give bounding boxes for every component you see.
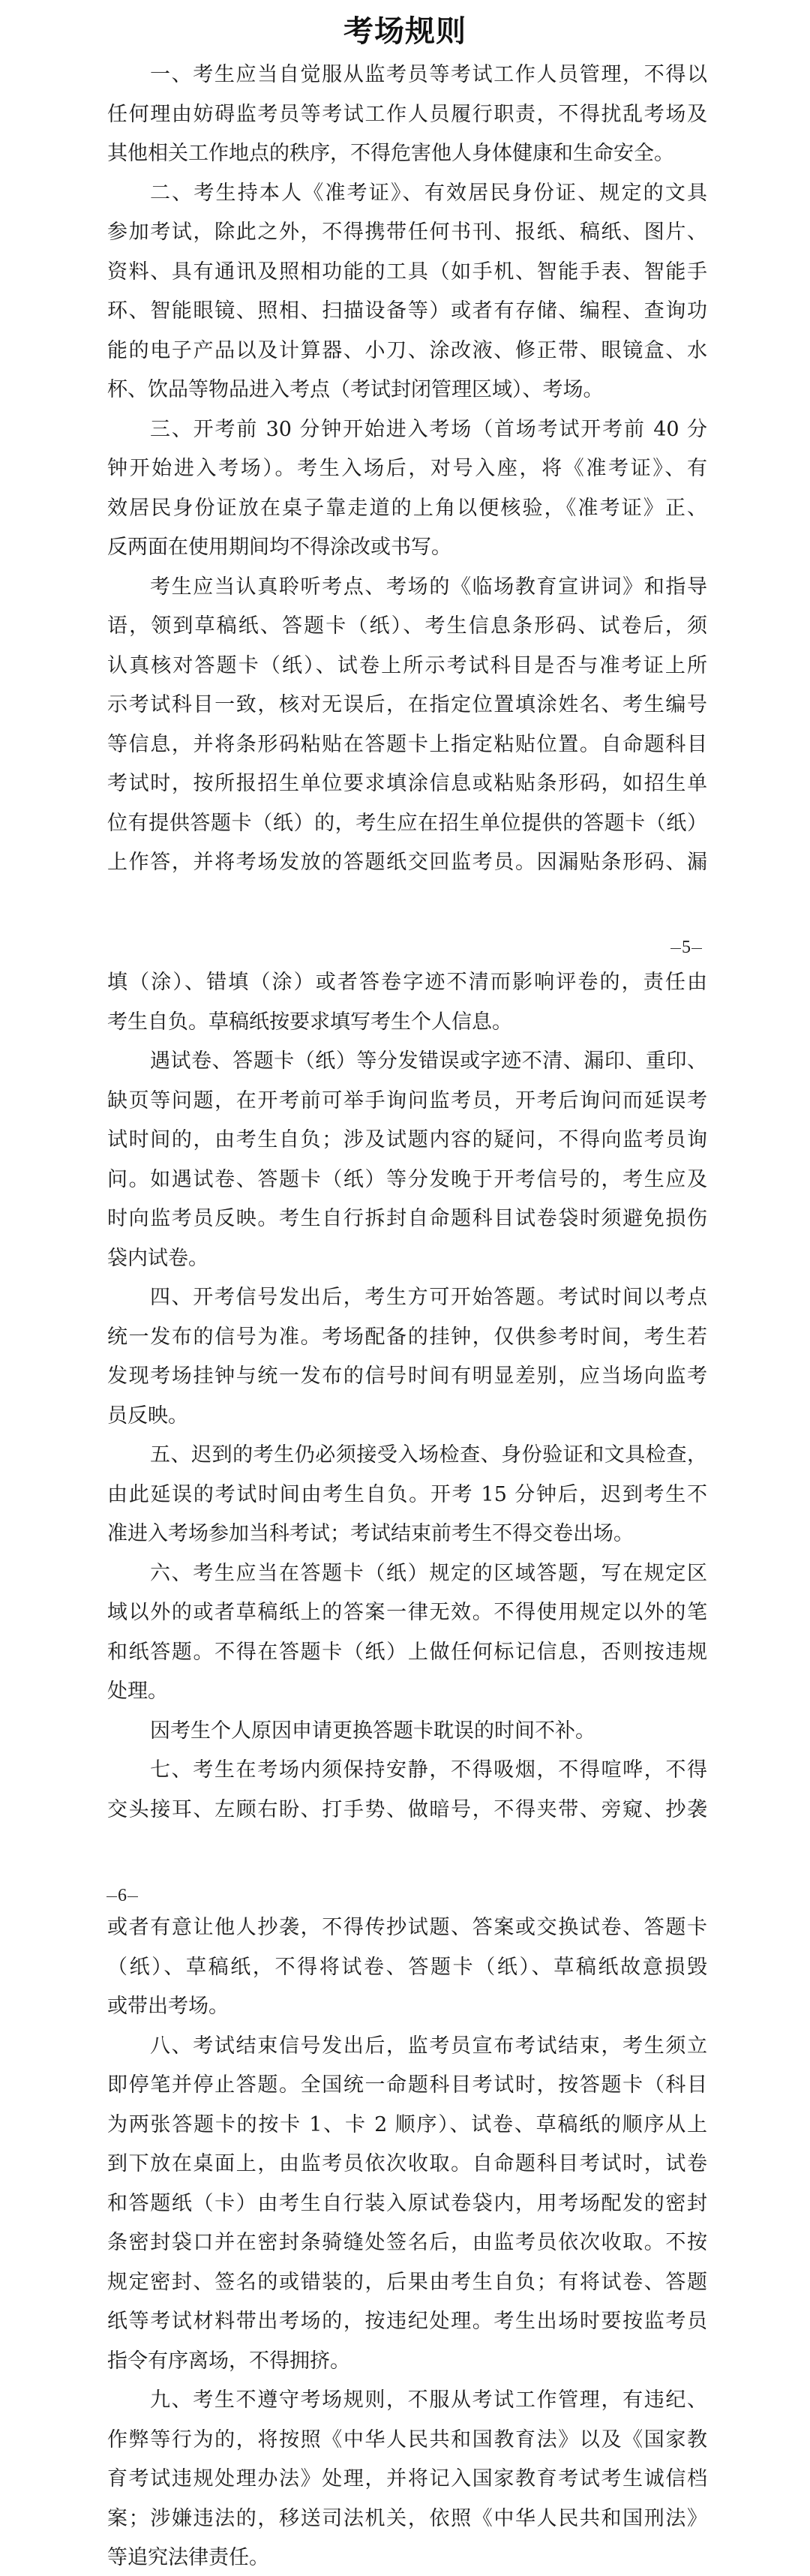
text-line: 资料、具有通讯及照相功能的工具（如手机、智能手表、智能手 (107, 253, 707, 293)
text-line: （纸）、草稿纸，不得将试卷、答题卡（纸）、草稿纸故意损毁 (107, 1948, 707, 1988)
text-line: 发现考场挂钟与统一发布的信号时间有明显差别，应当场向监考 (107, 1357, 707, 1397)
text-line: 六、考生应当在答题卡（纸）规定的区域答题，写在规定区 (107, 1554, 707, 1594)
text-line: 杯、饮品等物品进入考点（考试封闭管理区域）、考场。 (107, 371, 707, 410)
text-line: 时向监考员反映。考生自行拆封自命题科目试卷袋时须避免损伤 (107, 1199, 707, 1239)
text-line: 考试时，按所报招生单位要求填涂信息或粘贴条形码，如招生单 (107, 764, 707, 804)
page-7-body: 或者有意让他人抄袭，不得传抄试题、答案或交换试卷、答题卡（纸）、草稿纸，不得将试… (107, 1908, 707, 2576)
page-number-5: 5 (670, 936, 703, 959)
text-line: 五、迟到的考生仍必须接受入场检查、身份验证和文具检查， (107, 1436, 707, 1476)
text-line: 任何理由妨碍监考员等考试工作人员履行职责，不得扰乱考场及 (107, 95, 707, 135)
page-number-6: 6 (106, 1884, 139, 1907)
text-line: 准进入考场参加当科考试；考试结束前考生不得交卷出场。 (107, 1515, 707, 1554)
text-line: 上作答，并将考场发放的答题纸交回监考员。因漏贴条形码、漏 (107, 843, 707, 883)
text-line: 参加考试，除此之外，不得携带任何书刊、报纸、稿纸、图片、 (107, 213, 707, 253)
text-line: 即停笔并停止答题。全国统一命题科目考试时，按答题卡（科目 (107, 2066, 707, 2106)
text-line: 四、开考信号发出后，考生方可开始答题。考试时间以考点 (107, 1278, 707, 1318)
dash-right (127, 1896, 138, 1897)
text-line: 三、开考前 30 分钟开始进入考场（首场考试开考前 40 分 (107, 410, 707, 450)
page-5-body: 一、考生应当自觉服从监考员等考试工作人员管理，不得以任何理由妨碍监考员等考试工作… (107, 56, 707, 883)
text-line: 袋内试卷。 (107, 1239, 707, 1279)
text-line: 考生自负。草稿纸按要求填写考生个人信息。 (107, 1003, 707, 1043)
text-line: 处理。 (107, 1672, 707, 1712)
text-line: 环、智能眼镜、照相、扫描设备等）或者有存储、编程、查询功 (107, 292, 707, 332)
text-line: 由此延误的考试时间由考生自负。开考 15 分钟后，迟到考生不 (107, 1476, 707, 1515)
text-line: 纸等考试材料带出考场的，按违纪处理。考生出场时要按监考员 (107, 2302, 707, 2342)
dash-left (670, 948, 681, 949)
text-line: 统一发布的信号为准。考场配备的挂钟，仅供参考时间，考生若 (107, 1318, 707, 1358)
text-line: 七、考生在考场内须保持安静，不得吸烟，不得喧哗，不得 (107, 1751, 707, 1791)
page-6-body: 填（涂）、错填（涂）或者答卷字迹不清而影响评卷的，责任由考生自负。草稿纸按要求填… (107, 963, 707, 1830)
text-line: 位有提供答题卡（纸）的，考生应在招生单位提供的答题卡（纸） (107, 804, 707, 844)
text-line: 指令有序离场，不得拥挤。 (107, 2342, 707, 2382)
text-line: 问。如遇试卷、答题卡（纸）等分发晚于开考信号的，考生应及 (107, 1160, 707, 1200)
text-line: 九、考生不遵守考场规则，不服从考试工作管理，有违纪、 (107, 2381, 707, 2421)
text-line: 条密封袋口并在密封条骑缝处签名后，由监考员依次收取。不按 (107, 2223, 707, 2263)
text-line: 一、考生应当自觉服从监考员等考试工作人员管理，不得以 (107, 56, 707, 95)
text-line: 填（涂）、错填（涂）或者答卷字迹不清而影响评卷的，责任由 (107, 963, 707, 1003)
text-line: 作弊等行为的，将按照《中华人民共和国教育法》以及《国家教 (107, 2421, 707, 2460)
text-line: 或者有意让他人抄袭，不得传抄试题、答案或交换试卷、答题卡 (107, 1908, 707, 1948)
text-line: 员反映。 (107, 1397, 707, 1437)
dash-right (691, 948, 702, 949)
text-line: 八、考试结束信号发出后，监考员宣布考试结束，考生须立 (107, 2027, 707, 2067)
text-line: 钟开始进入考场）。考生入场后，对号入座，将《准考证》、有 (107, 449, 707, 489)
page-number-6-value: 6 (118, 1886, 127, 1905)
text-line: 案；涉嫌违法的，移送司法机关，依照《中华人民共和国刑法》 (107, 2499, 707, 2539)
text-line: 等追究法律责任。 (107, 2538, 707, 2576)
text-line: 等信息，并将条形码粘贴在答题卡上指定粘贴位置。自命题科目 (107, 725, 707, 765)
text-line: 遇试卷、答题卡（纸）等分发错误或字迹不清、漏印、重印、 (107, 1042, 707, 1082)
text-line: 域以外的或者草稿纸上的答案一律无效。不得使用规定以外的笔 (107, 1593, 707, 1633)
document-title: 考场规则 (0, 12, 810, 51)
text-line: 二、考生持本人《准考证》、有效居民身份证、规定的文具 (107, 174, 707, 214)
page-number-5-value: 5 (682, 938, 691, 957)
text-line: 和答题纸（卡）由考生自行装入原试卷袋内，用考场配发的密封 (107, 2184, 707, 2224)
text-line: 考生应当认真聆听考点、考场的《临场教育宣讲词》和指导 (107, 568, 707, 608)
text-line: 能的电子产品以及计算器、小刀、涂改液、修正带、眼镜盒、水 (107, 332, 707, 371)
text-line: 和纸答题。不得在答题卡（纸）上做任何标记信息，否则按违规 (107, 1633, 707, 1673)
text-line: 到下放在桌面上，由监考员依次收取。自命题科目考试时，试卷 (107, 2145, 707, 2184)
text-line: 缺页等问题，在开考前可举手询问监考员，开考后询问而延误考 (107, 1082, 707, 1121)
text-line: 其他相关工作地点的秩序，不得危害他人身体健康和生命安全。 (107, 134, 707, 174)
text-line: 示考试科目一致，核对无误后，在指定位置填涂姓名、考生编号 (107, 686, 707, 725)
text-line: 规定密封、签名的或错装的，后果由考生自负；有将试卷、答题 (107, 2263, 707, 2303)
text-line: 为两张答题卡的按卡 1、卡 2 顺序）、试卷、草稿纸的顺序从上 (107, 2106, 707, 2145)
text-line: 因考生个人原因申请更换答题卡耽误的时间不补。 (107, 1712, 707, 1752)
text-line: 语，领到草稿纸、答题卡（纸）、考生信息条形码、试卷后，须 (107, 607, 707, 647)
dash-left (106, 1896, 117, 1897)
text-line: 试时间的，由考生自负；涉及试题内容的疑问，不得向监考员询 (107, 1121, 707, 1160)
text-line: 交头接耳、左顾右盼、打手势、做暗号，不得夹带、旁窥、抄袭 (107, 1791, 707, 1830)
text-line: 反两面在使用期间均不得涂改或书写。 (107, 528, 707, 568)
text-line: 或带出考场。 (107, 1987, 707, 2027)
text-line: 效居民身份证放在桌子靠走道的上角以便核验，《准考证》正、 (107, 489, 707, 529)
text-line: 育考试违规处理办法》处理，并将记入国家教育考试考生诚信档 (107, 2460, 707, 2499)
text-line: 认真核对答题卡（纸）、试卷上所示考试科目是否与准考证上所 (107, 647, 707, 686)
